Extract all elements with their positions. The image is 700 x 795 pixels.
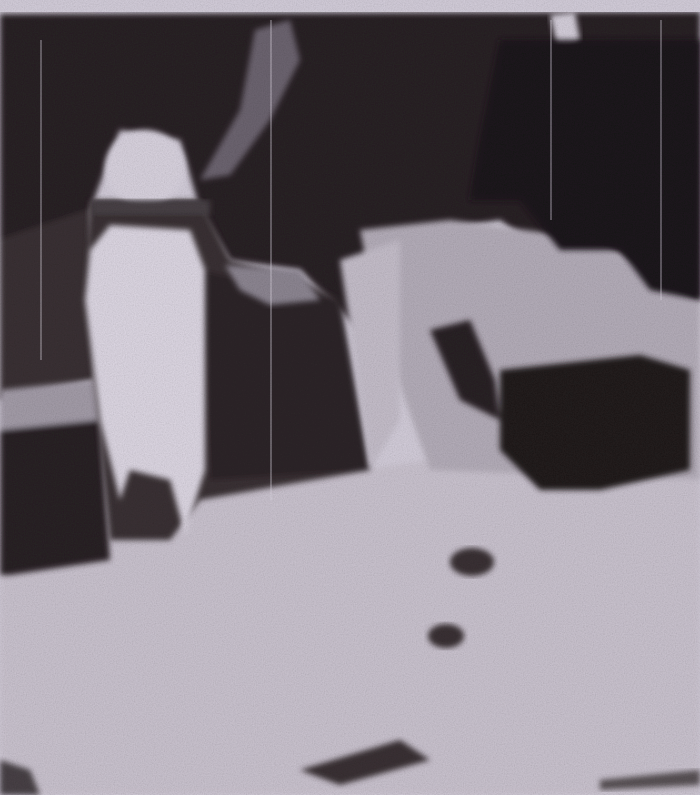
- scene: [0, 0, 700, 795]
- paper-edge: [0, 0, 700, 12]
- photograph: A figure in dark clothing with a light s…: [0, 0, 700, 795]
- table-mark: [450, 548, 494, 576]
- glasses: [92, 200, 210, 215]
- left-desk: [0, 380, 110, 575]
- figure-head: [105, 130, 185, 206]
- table-mark: [428, 624, 464, 648]
